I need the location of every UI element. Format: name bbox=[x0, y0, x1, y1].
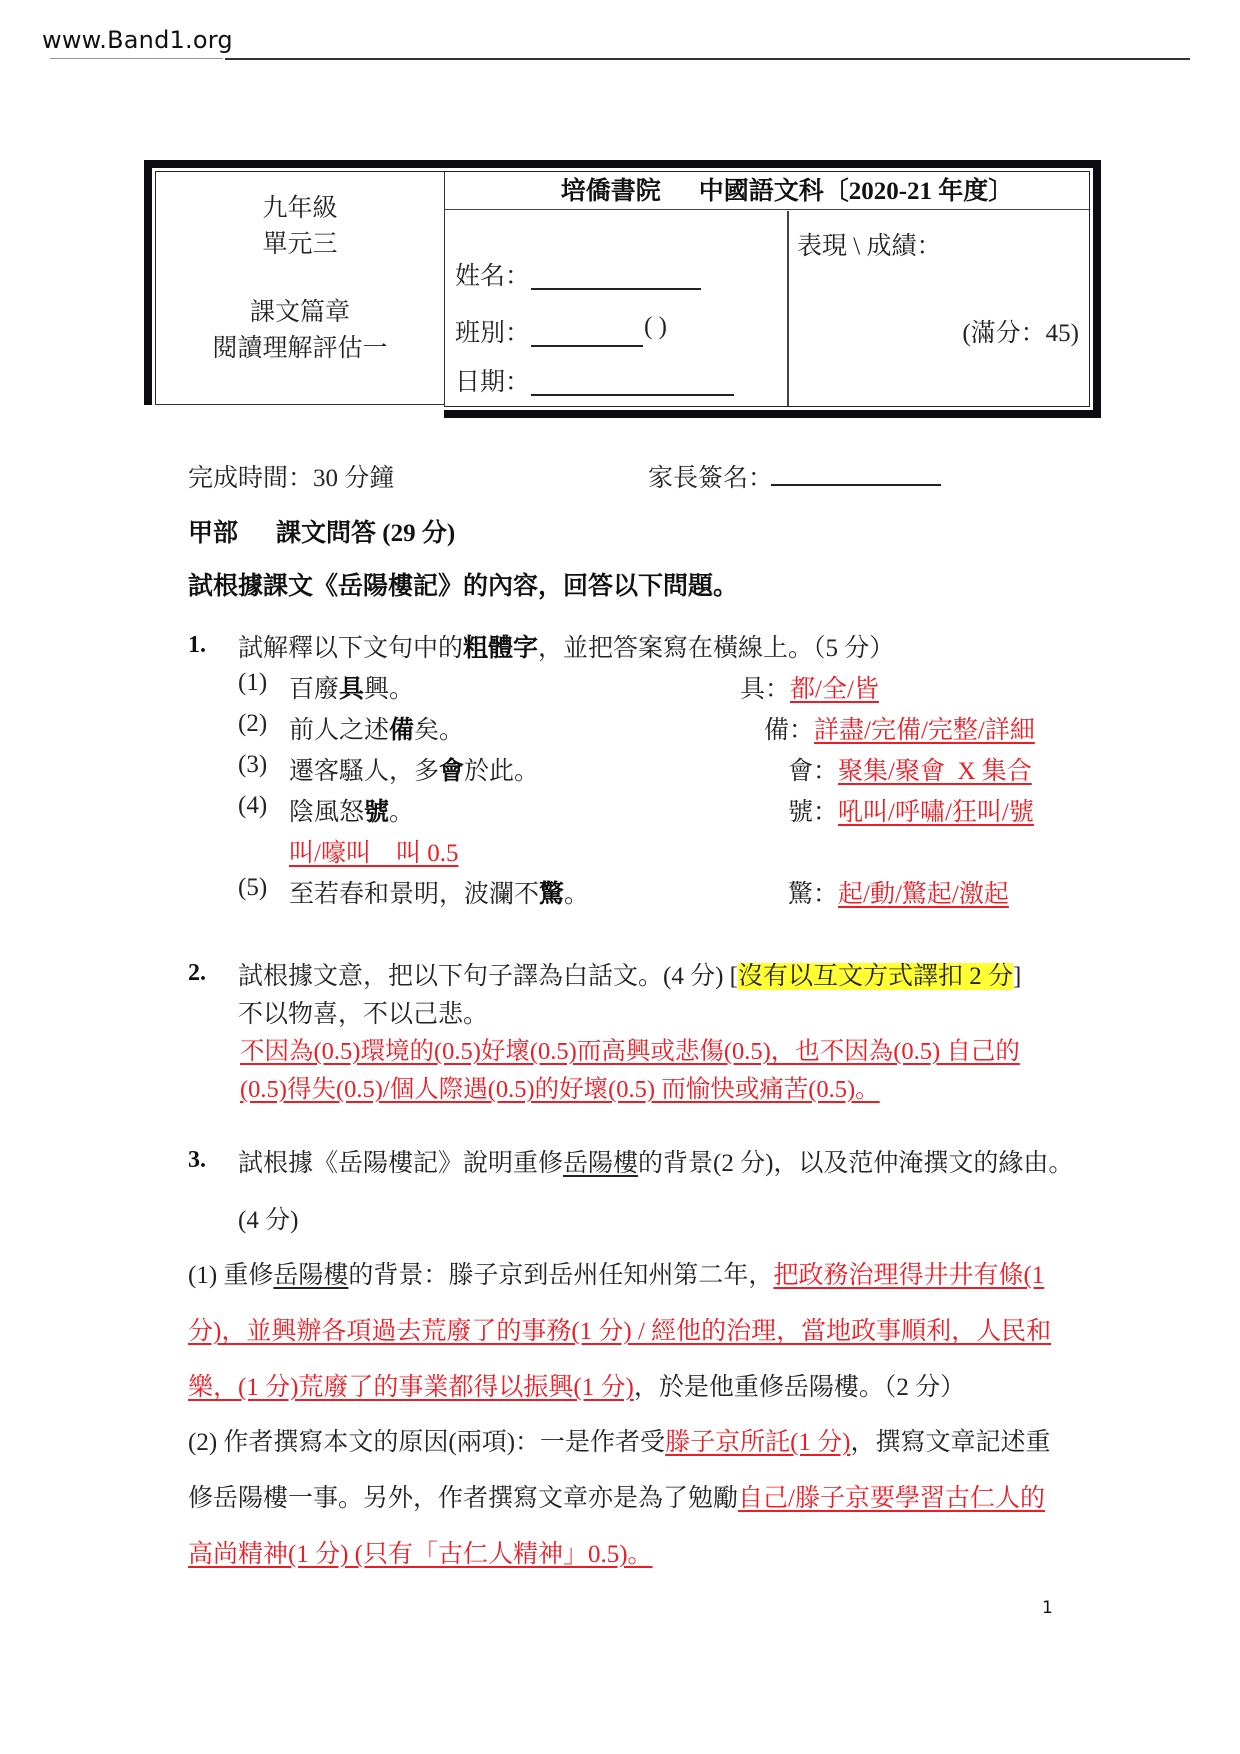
question-3-part-1-line-3: 樂，(1 分)荒廢了的事業都得以振興(1 分)，於是他重修岳陽樓。（2 分） bbox=[188, 1367, 965, 1403]
section-title: 甲部課文問答 (29 分) bbox=[188, 513, 455, 549]
section-instruction: 試根據課文《岳陽樓記》的內容，回答以下問題。 bbox=[188, 566, 738, 602]
question-3-marks: (4 分) bbox=[238, 1200, 298, 1236]
score-label: 表現 \ 成績： bbox=[797, 226, 941, 262]
class-label: 班別： bbox=[455, 313, 530, 349]
question-3-part-2-line-1: (2) 作者撰寫本文的原因(兩項)：一是作者受滕子京所託(1 分)，撰寫文章記述… bbox=[188, 1422, 1050, 1458]
question-2-number: 2. bbox=[188, 960, 206, 987]
section-part: 甲部 bbox=[188, 520, 238, 547]
page-number: 1 bbox=[1042, 1598, 1053, 1618]
question-3-number: 3. bbox=[188, 1147, 206, 1174]
answer-text: 都/全/皆 bbox=[790, 676, 879, 703]
header-rule-long bbox=[225, 58, 1190, 60]
name-field[interactable] bbox=[531, 288, 701, 290]
parent-signature-field[interactable] bbox=[771, 484, 941, 486]
unit-label: 單元三 bbox=[156, 226, 444, 264]
answer-text: 吼叫/呼嘯/狂叫/號 bbox=[838, 799, 1034, 826]
answer-extra: 叫/嚎叫 叫 0.5 bbox=[289, 833, 458, 869]
name-label: 姓名： bbox=[455, 256, 530, 292]
class-number-paren: ( ) bbox=[644, 313, 667, 341]
question-2-sentence: 不以物喜，不以己悲。 bbox=[238, 994, 488, 1030]
question-3-part-2-line-2: 修岳陽樓一事。另外，作者撰寫文章亦是為了勉勵自己/滕子京要學習古仁人的 bbox=[188, 1478, 1045, 1514]
answer-text: 詳盡/完備/完整/詳細 bbox=[814, 717, 1035, 744]
bold-term: 粗體字 bbox=[463, 635, 538, 662]
assessment-label: 閱讀理解評估一 bbox=[156, 330, 444, 368]
question-2-prompt: 試根據文意，把以下句子譯為白話文。(4 分) [沒有以互文方式譯扣 2 分] bbox=[238, 956, 1021, 992]
header-rule-short bbox=[50, 58, 223, 59]
exam-header-table: 九年級 單元三 課文篇章 閱讀理解評估一 培僑書院中國語文科〔2020-21 年… bbox=[144, 160, 1101, 405]
question-2-answer-line-2: (0.5)得失(0.5)/個人際遇(0.5)的好壞(0.5) 而愉快或痛苦(0.… bbox=[240, 1070, 880, 1105]
completion-time: 完成時間：30 分鐘 bbox=[188, 458, 394, 494]
answer-text: 聚集/聚會 X 集合 bbox=[838, 758, 1032, 785]
answer-text: 起/動/驚起/激起 bbox=[838, 881, 1009, 908]
header-left-cell: 九年級 單元三 課文篇章 閱讀理解評估一 bbox=[144, 160, 444, 405]
school-name: 培僑書院 bbox=[561, 178, 661, 205]
exam-title: 培僑書院中國語文科〔2020-21 年度〕 bbox=[445, 172, 1089, 210]
date-field[interactable] bbox=[531, 394, 734, 396]
subject-title: 中國語文科〔2020-21 年度〕 bbox=[699, 178, 1014, 205]
question-3-part-1-line-1: (1) 重修岳陽樓的背景：滕子京到岳州任知州第二年，把政務治理得井井有條(1 bbox=[188, 1255, 1044, 1291]
question-3-prompt: 試根據《岳陽樓記》說明重修岳陽樓的背景(2 分)，以及范仲淹撰文的緣由。 bbox=[238, 1143, 1073, 1179]
answer-key-label: 具： bbox=[740, 676, 790, 703]
class-field[interactable] bbox=[531, 345, 643, 347]
question-1-prompt: 試解釋以下文句中的粗體字，並把答案寫在橫線上。（5 分） bbox=[238, 628, 894, 664]
answer-key-label: 驚： bbox=[788, 881, 838, 908]
header-right-cell: 培僑書院中國語文科〔2020-21 年度〕 姓名： 班別： ( ) 日期： 表現… bbox=[444, 160, 1101, 418]
full-mark: (滿分：45) bbox=[962, 313, 1079, 349]
site-header-url: www.Band1.org bbox=[42, 26, 233, 54]
date-label: 日期： bbox=[455, 362, 530, 398]
topic-label: 課文篇章 bbox=[156, 294, 444, 332]
question-3-part-2-line-3: 高尚精神(1 分) (只有「古仁人精神」0.5)。 bbox=[188, 1534, 653, 1570]
parent-signature-label: 家長簽名： bbox=[648, 458, 773, 494]
question-1-number: 1. bbox=[188, 632, 206, 659]
header-column-divider bbox=[787, 211, 789, 406]
answer-key-label: 備： bbox=[764, 717, 814, 744]
grade-label: 九年級 bbox=[156, 190, 444, 228]
question-3-part-1-line-2: 分)，並興辦各項過去荒廢了的事務(1 分) / 經他的治理，當地政事順利，人民和 bbox=[188, 1311, 1051, 1347]
answer-key-label: 號： bbox=[788, 799, 838, 826]
section-name: 課文問答 (29 分) bbox=[276, 520, 455, 547]
question-2-answer-line-1: 不因為(0.5)環境的(0.5)好壞(0.5)而高興或悲傷(0.5)，也不因為(… bbox=[240, 1032, 1020, 1067]
answer-key-label: 會： bbox=[788, 758, 838, 785]
marking-note-highlight: 沒有以互文方式譯扣 2 分 bbox=[738, 963, 1013, 990]
